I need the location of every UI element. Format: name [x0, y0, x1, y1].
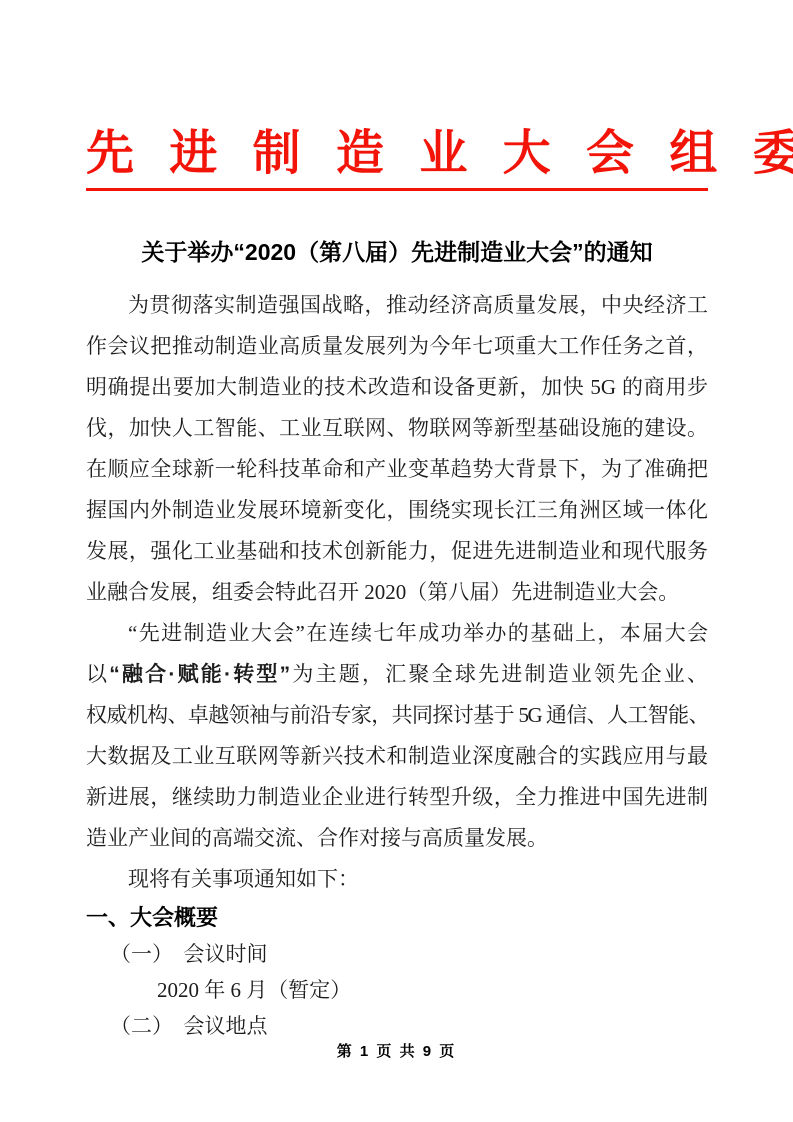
- paragraph1-line: 明确提出要加大制造业的技术改造和设备更新，加快 5G 的商用步: [86, 367, 708, 408]
- theme-prefix: 以: [86, 662, 109, 686]
- letterhead-org-title: 先 进 制 造 业 大 会 组 委 会: [86, 0, 708, 182]
- paragraph1-line: 发展，强化工业基础和技术创新能力，促进先进制造业和现代服务: [86, 531, 708, 572]
- document-title: 关于举办“2020（第八届）先进制造业大会”的通知: [86, 235, 708, 269]
- paragraph2-line-theme: 以“融合·赋能·转型”为主题，汇聚全球先进制造业领先企业、: [86, 654, 708, 695]
- page-number-footer: 第 1 页 共 9 页: [0, 1040, 793, 1061]
- paragraph2-line: 造业产业间的高端交流、合作对接与高质量发展。: [86, 818, 708, 859]
- document-body: 为贯彻落实制造强国战略，推动经济高质量发展，中央经济工 作会议把推动制造业高质量…: [86, 285, 708, 1044]
- theme-suffix: 为主题，汇聚全球先进制造业领先企业、: [290, 662, 708, 686]
- paragraph1-line: 握国内外制造业发展环境新变化，围绕实现长江三角洲区域一体化: [86, 490, 708, 531]
- paragraph1-line: 作会议把推动制造业高质量发展列为今年七项重大工作任务之首，: [86, 326, 708, 367]
- item-meeting-time-value: 2020 年 6 月（暂定）: [86, 972, 708, 1008]
- theme-slogan: “融合·赋能·转型”: [109, 663, 290, 686]
- paragraph2-line: 大数据及工业互联网等新兴技术和制造业深度融合的实践应用与最: [86, 736, 708, 777]
- letterhead-rule: [86, 188, 708, 191]
- page-content: 先 进 制 造 业 大 会 组 委 会 关于举办“2020（第八届）先进制造业大…: [0, 0, 793, 1044]
- paragraph1-line: 业融合发展，组委会特此召开 2020（第八届）先进制造业大会。: [86, 572, 708, 613]
- item-meeting-time-label: （一） 会议时间: [86, 936, 708, 972]
- paragraph1-line: 为贯彻落实制造强国战略，推动经济高质量发展，中央经济工: [86, 285, 708, 326]
- document-page: 先 进 制 造 业 大 会 组 委 会 关于举办“2020（第八届）先进制造业大…: [0, 0, 793, 1122]
- paragraph2-line: 权威机构、卓越领袖与前沿专家，共同探讨基于 5G 通信、人工智能、: [86, 695, 708, 736]
- paragraph2-line: 新进展，继续助力制造业企业进行转型升级，全力推进中国先进制: [86, 777, 708, 818]
- paragraph1-line: 伐，加快人工智能、工业互联网、物联网等新型基础设施的建设。: [86, 408, 708, 449]
- notice-line: 现将有关事项通知如下：: [86, 859, 708, 900]
- section-heading-overview: 一、大会概要: [86, 900, 708, 936]
- paragraph1-line: 在顺应全球新一轮科技革命和产业变革趋势大背景下，为了准确把: [86, 449, 708, 490]
- paragraph2-line: “先进制造业大会”在连续七年成功举办的基础上，本届大会: [86, 613, 708, 654]
- item-meeting-place-label: （二） 会议地点: [86, 1008, 708, 1044]
